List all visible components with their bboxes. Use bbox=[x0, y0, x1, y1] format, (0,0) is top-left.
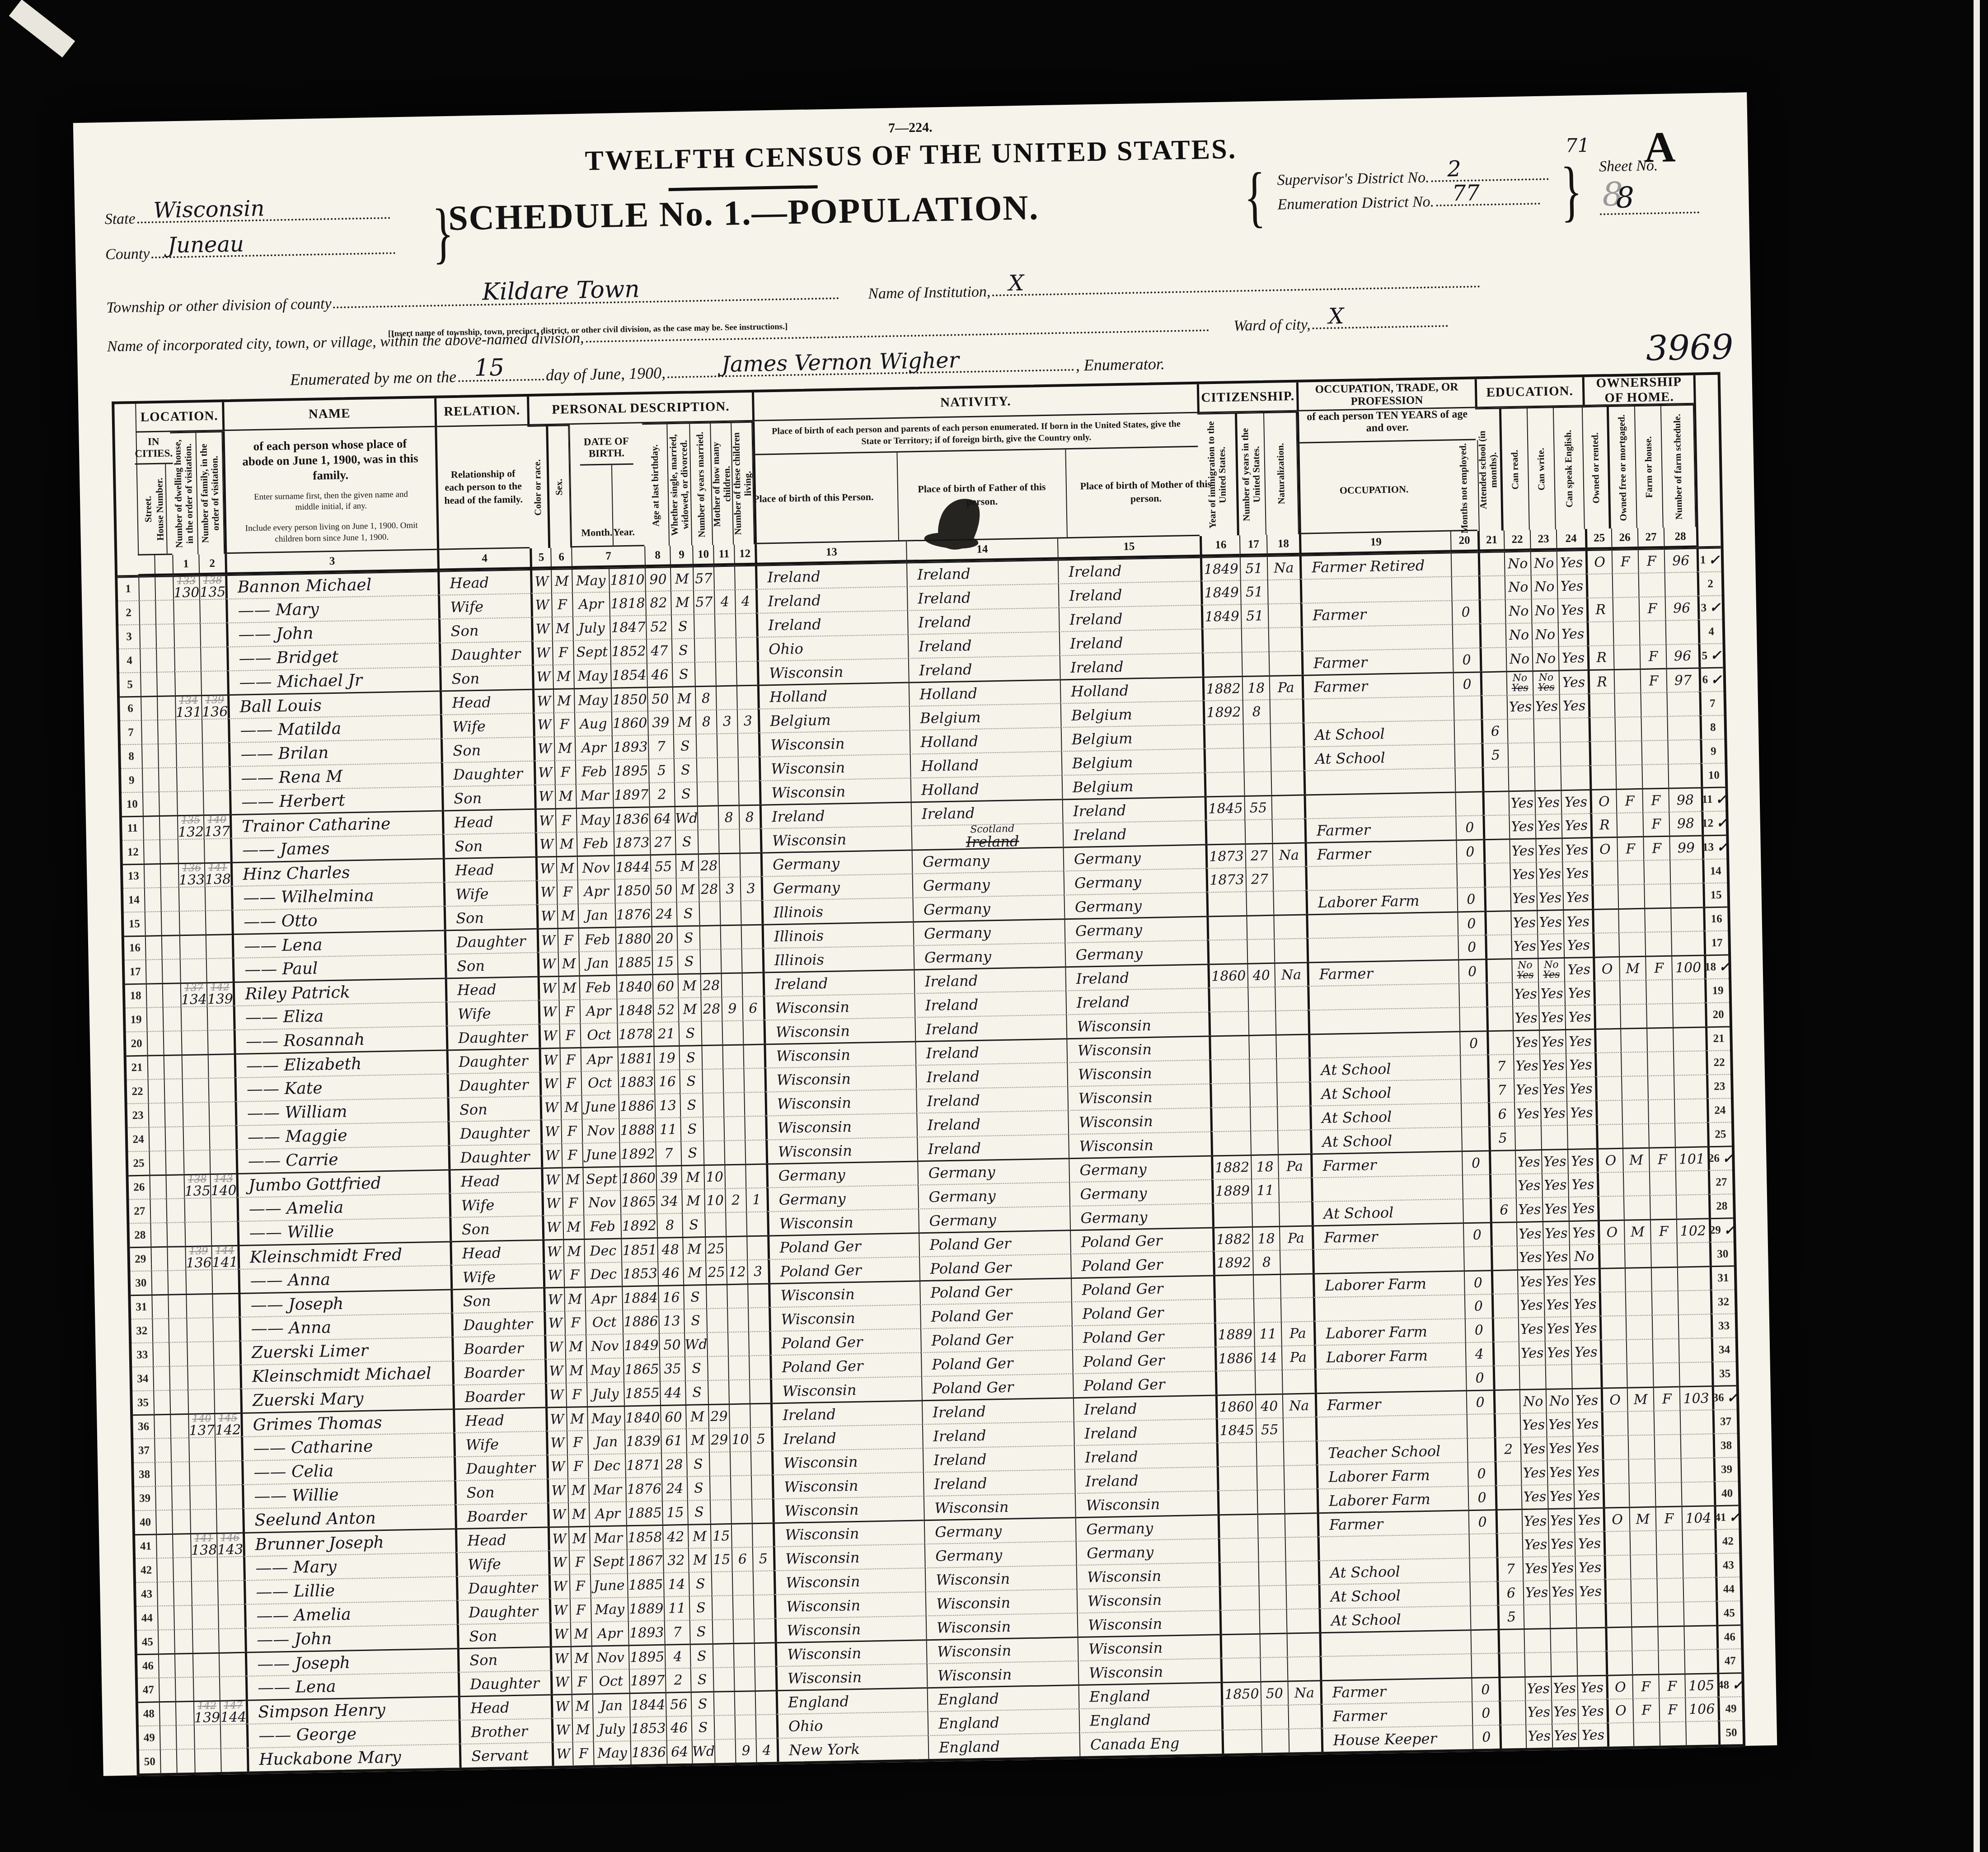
cell-fm bbox=[208, 1077, 235, 1102]
cell-mc bbox=[717, 781, 739, 805]
cell-fh bbox=[1646, 1003, 1673, 1028]
cell-rel: Brother bbox=[459, 1718, 552, 1744]
cell-ym bbox=[707, 1356, 728, 1380]
cell-own bbox=[1598, 1244, 1625, 1268]
cell-en: Yes bbox=[1564, 981, 1594, 1005]
cell-pm: Wisconsin bbox=[1066, 1012, 1209, 1038]
cell-cl bbox=[755, 1666, 776, 1690]
cell-rel: Boarder bbox=[455, 1503, 548, 1529]
cell-rel: Wife bbox=[453, 1431, 546, 1457]
cell-name: —— Lena bbox=[245, 1672, 458, 1700]
cell-name: —— Carrie bbox=[235, 1145, 448, 1173]
cell-pm: Wisconsin bbox=[1066, 1036, 1209, 1062]
cell-ym bbox=[704, 1212, 726, 1236]
cell-yrs bbox=[1249, 1082, 1277, 1107]
cell-rn: 11✓ bbox=[1701, 786, 1725, 811]
cell-nat bbox=[1276, 1057, 1309, 1082]
cell-rd: Yes bbox=[1522, 1532, 1549, 1557]
cell-yrs bbox=[1243, 723, 1271, 748]
cell-wr: Yes bbox=[1536, 885, 1563, 910]
cell-pm: Germany bbox=[1063, 868, 1206, 895]
cell-rn: 44 bbox=[1715, 1576, 1740, 1601]
cell-mo: 0 bbox=[1472, 1701, 1499, 1725]
cell-own bbox=[1592, 908, 1618, 933]
cell-occ bbox=[1301, 624, 1453, 651]
cell-sch bbox=[1484, 886, 1510, 911]
cell-street bbox=[150, 1246, 167, 1271]
cell-by: 1880 bbox=[615, 926, 652, 950]
cell-fr: F bbox=[1612, 549, 1638, 573]
cell-rd: Yes bbox=[1516, 1221, 1543, 1245]
cell-yrs bbox=[1246, 915, 1274, 939]
cell-sch bbox=[1479, 623, 1506, 647]
cell-mc: 3 bbox=[716, 709, 737, 734]
cell-wr: Yes bbox=[1544, 1316, 1571, 1341]
cell-nat: Na bbox=[1274, 962, 1307, 987]
cell-fno: 103 bbox=[1679, 1385, 1712, 1410]
cell-house bbox=[165, 1126, 183, 1150]
cell-fr bbox=[1618, 908, 1645, 932]
cell-ln: 47 bbox=[138, 1677, 159, 1702]
cell-s: F bbox=[564, 1310, 586, 1335]
cell-c: W bbox=[545, 1383, 566, 1407]
cell-mar: S bbox=[671, 614, 694, 638]
cell-house bbox=[157, 719, 176, 744]
cell-imm: 1882 bbox=[1212, 1226, 1252, 1251]
cell-yrs: 18 bbox=[1242, 675, 1270, 700]
cell-by: 1848 bbox=[616, 998, 653, 1022]
cell-pf: Ireland bbox=[917, 1134, 1069, 1160]
cell-rn: 2 bbox=[1697, 571, 1722, 596]
cell-pb: Belgium bbox=[758, 706, 910, 733]
cell-mar: S bbox=[679, 1045, 702, 1069]
cell-house bbox=[165, 1174, 184, 1198]
cell-yrs bbox=[1241, 627, 1269, 652]
cell-age: 64 bbox=[666, 1740, 692, 1764]
cell-ln: 40 bbox=[135, 1510, 156, 1534]
cell-rd bbox=[1514, 1125, 1541, 1150]
cell-yrs bbox=[1253, 1298, 1281, 1322]
cell-en: Yes bbox=[1571, 1316, 1600, 1340]
cell-ym bbox=[699, 901, 720, 925]
cell-c: W bbox=[540, 1143, 562, 1168]
cell-rel: Daughter bbox=[446, 1072, 539, 1098]
cell-mc bbox=[724, 1140, 745, 1164]
cell-dw bbox=[178, 838, 204, 863]
cell-mc bbox=[715, 661, 736, 686]
col28-label: Number of farm schedule. bbox=[1661, 404, 1696, 528]
cell-ln: 2 bbox=[118, 600, 139, 625]
cell-dw bbox=[178, 886, 205, 911]
cell-c: W bbox=[542, 1215, 563, 1239]
cell-pm: Canada Eng bbox=[1079, 1730, 1222, 1756]
cell-nat bbox=[1273, 890, 1306, 915]
cell-fh: F bbox=[1640, 644, 1666, 669]
cell-fno: 105 bbox=[1684, 1673, 1717, 1697]
cell-s: F bbox=[569, 1550, 590, 1574]
col27-label: Farm or house. bbox=[1635, 405, 1664, 528]
cell-imm bbox=[1221, 1705, 1261, 1730]
cell-fno bbox=[1676, 1194, 1709, 1218]
cell-pm: Poland Ger bbox=[1072, 1323, 1214, 1349]
cell-mo: 4 bbox=[1465, 1342, 1493, 1366]
cell-house bbox=[168, 1294, 186, 1318]
cell-imm bbox=[1207, 939, 1247, 964]
cell-house bbox=[156, 647, 174, 672]
cell-c: W bbox=[533, 736, 554, 761]
cell-mar: M bbox=[678, 973, 701, 997]
cell-s: M bbox=[570, 1622, 591, 1646]
cell-rn: 42 bbox=[1714, 1529, 1739, 1553]
cell-fh bbox=[1641, 764, 1668, 788]
cell-ln: 44 bbox=[136, 1605, 158, 1630]
cell-s: M bbox=[567, 1478, 589, 1502]
cell-mar: S bbox=[689, 1595, 712, 1620]
cell-mc bbox=[722, 1020, 743, 1044]
cell-yrs bbox=[1258, 1537, 1285, 1562]
cell-dw bbox=[174, 647, 201, 671]
cell-wr: Yes bbox=[1540, 1077, 1566, 1101]
cell-mo bbox=[1460, 1054, 1487, 1079]
state-value: Wisconsin bbox=[153, 196, 265, 223]
cell-mc bbox=[727, 1331, 749, 1356]
cell-sch bbox=[1492, 1341, 1519, 1366]
cell-own: O bbox=[1598, 1220, 1624, 1244]
cell-pf: England bbox=[928, 1732, 1079, 1759]
cell-pb: Wisconsin bbox=[772, 1496, 924, 1522]
cell-imm bbox=[1217, 1466, 1257, 1491]
cell-ym bbox=[698, 829, 719, 853]
colnum-17: 17 bbox=[1239, 535, 1267, 556]
cell-house bbox=[159, 815, 178, 839]
cell-own bbox=[1597, 1172, 1623, 1196]
cell-pf: Poland Ger bbox=[920, 1325, 1072, 1352]
cell-nat: Pa bbox=[1269, 675, 1302, 699]
cell-fm bbox=[213, 1341, 239, 1365]
cell-ln: 36 bbox=[133, 1414, 154, 1438]
cell-mar: S bbox=[678, 1021, 701, 1045]
cell-pm: Belgium bbox=[1060, 701, 1203, 727]
cell-dw: 140137 bbox=[188, 1413, 215, 1437]
cell-wr: Yes bbox=[1538, 1005, 1565, 1029]
cell-ln: 15 bbox=[124, 912, 145, 936]
cell-s: M bbox=[562, 1167, 583, 1191]
cell-by: 1885 bbox=[627, 1572, 664, 1597]
cell-nat bbox=[1268, 627, 1301, 651]
cell-age: 48 bbox=[657, 1237, 683, 1261]
col6-label: Sex. bbox=[548, 425, 571, 548]
cell-fno bbox=[1669, 859, 1702, 883]
cell-rel: Son bbox=[449, 1216, 542, 1241]
cell-street bbox=[147, 1055, 164, 1079]
cell-pf: Ireland bbox=[907, 607, 1059, 634]
line-number-gutter bbox=[114, 404, 138, 577]
cell-cl bbox=[750, 1403, 771, 1427]
cell-fh: F bbox=[1642, 812, 1669, 836]
cell-pf: Ireland bbox=[906, 559, 1058, 586]
cell-mo: 0 bbox=[1457, 911, 1485, 935]
cell-yrs: 11 bbox=[1254, 1322, 1281, 1346]
cell-nat bbox=[1282, 1369, 1315, 1393]
cell-rn: 6✓ bbox=[1698, 667, 1723, 692]
cell-cl: 5 bbox=[750, 1426, 771, 1451]
cell-occ: Farmer bbox=[1320, 1701, 1472, 1728]
cell-fr bbox=[1626, 1339, 1653, 1363]
cell-street bbox=[150, 1222, 167, 1247]
cell-nat bbox=[1275, 986, 1308, 1010]
cell-ln: 11 bbox=[122, 816, 143, 840]
cell-ym: 29 bbox=[708, 1403, 729, 1428]
cell-pm: Poland Ger bbox=[1070, 1227, 1213, 1253]
cell-pb: Poland Ger bbox=[769, 1328, 921, 1355]
cell-fh bbox=[1640, 692, 1667, 716]
page-edge-strip bbox=[1974, 0, 1980, 1852]
cell-rn: 50 bbox=[1718, 1720, 1743, 1744]
cell-fm: 147144 bbox=[220, 1700, 246, 1724]
cell-age: 16 bbox=[654, 1069, 680, 1094]
cell-en: Yes bbox=[1566, 1052, 1595, 1077]
cell-imm bbox=[1216, 1442, 1257, 1467]
cell-fno bbox=[1671, 931, 1704, 955]
cell-occ: Farmer bbox=[1304, 815, 1456, 842]
cell-fr bbox=[1625, 1291, 1652, 1315]
cell-yrs bbox=[1250, 1106, 1277, 1131]
cell-bm: Dec bbox=[584, 1262, 622, 1286]
cell-fr: M bbox=[1622, 1147, 1649, 1172]
cell-nat bbox=[1288, 1728, 1321, 1752]
cell-rn: 9 bbox=[1700, 739, 1725, 763]
cell-en: Yes bbox=[1559, 669, 1588, 694]
cell-fno: 97 bbox=[1666, 668, 1699, 692]
cell-rd: Yes bbox=[1521, 1460, 1547, 1485]
cell-wr: Yes bbox=[1549, 1580, 1575, 1604]
cell-mar: S bbox=[677, 949, 700, 973]
cell-wr: Yes bbox=[1547, 1436, 1573, 1460]
cell-fh: F bbox=[1639, 596, 1665, 621]
cell-street bbox=[146, 1007, 163, 1031]
cell-dw bbox=[189, 1485, 216, 1509]
cell-occ: Laborer Farm bbox=[1316, 1462, 1468, 1488]
cell-mc: 12 bbox=[726, 1259, 747, 1284]
cell-street bbox=[140, 648, 156, 672]
cell-rn: 5✓ bbox=[1698, 643, 1723, 668]
cell-wr: Yes bbox=[1539, 1029, 1566, 1053]
cell-wr: No bbox=[1532, 622, 1558, 646]
cell-yrs bbox=[1246, 891, 1273, 915]
cell-yrs bbox=[1250, 1130, 1278, 1155]
cell-nat bbox=[1271, 795, 1304, 819]
cell-pm: Wisconsin bbox=[1067, 1084, 1210, 1110]
cell-fno: 96 bbox=[1664, 548, 1697, 572]
cell-age: 13 bbox=[654, 1093, 680, 1118]
cell-mo: 0 bbox=[1472, 1725, 1500, 1749]
cell-fno: 96 bbox=[1665, 596, 1698, 620]
cell-rn: 37 bbox=[1712, 1409, 1737, 1433]
cell-fh bbox=[1652, 1314, 1679, 1339]
cell-fno: 101 bbox=[1675, 1146, 1708, 1170]
cell-s: F bbox=[563, 1263, 585, 1287]
cell-mo bbox=[1469, 1557, 1496, 1581]
cell-fno bbox=[1667, 739, 1700, 764]
cell-pf: Holland bbox=[909, 679, 1060, 706]
cell-own bbox=[1597, 1196, 1624, 1220]
cell-pf: Germany bbox=[924, 1517, 1076, 1543]
cell-name: Zuerski Limer bbox=[239, 1337, 452, 1365]
cell-dw bbox=[181, 1030, 208, 1054]
cell-ln: 50 bbox=[139, 1749, 160, 1773]
cell-dw bbox=[180, 958, 206, 982]
cell-imm bbox=[1218, 1538, 1258, 1562]
cell-by: 1892 bbox=[619, 1141, 656, 1166]
cell-occ bbox=[1312, 1246, 1464, 1273]
cell-cl bbox=[741, 972, 763, 996]
cell-imm: 1849 bbox=[1201, 604, 1241, 629]
cell-pb: Holland bbox=[757, 682, 909, 709]
cell-rd bbox=[1523, 1604, 1550, 1628]
cell-mar: S bbox=[690, 1643, 713, 1668]
cell-yrs: 18 bbox=[1252, 1226, 1280, 1250]
cell-house bbox=[170, 1413, 188, 1438]
cell-bm: Sept bbox=[590, 1549, 627, 1573]
cell-imm bbox=[1219, 1609, 1260, 1634]
cell-cl bbox=[745, 1140, 766, 1164]
cell-mc bbox=[716, 685, 737, 710]
cell-fno bbox=[1678, 1314, 1711, 1338]
cell-ym: 28 bbox=[700, 973, 721, 997]
cell-sch bbox=[1491, 1245, 1517, 1270]
cell-sch bbox=[1498, 1676, 1525, 1701]
cell-mc bbox=[722, 1044, 743, 1068]
cell-age: 47 bbox=[646, 638, 672, 663]
cell-dw bbox=[177, 790, 203, 815]
cell-ln: 31 bbox=[131, 1295, 152, 1319]
cell-dw bbox=[182, 1054, 208, 1078]
cell-dw: 139136 bbox=[185, 1245, 211, 1270]
cell-rd: NoYes bbox=[1506, 670, 1533, 695]
cell-c: W bbox=[545, 1407, 567, 1431]
cell-c: W bbox=[547, 1502, 568, 1527]
cell-mar: M bbox=[683, 1260, 706, 1285]
cell-fr bbox=[1613, 669, 1640, 693]
cell-dw bbox=[187, 1341, 213, 1366]
cell-rn: 33 bbox=[1711, 1313, 1735, 1338]
cell-occ: Laborer Farm bbox=[1317, 1486, 1468, 1512]
section-citizenship: CITIZENSHIP. bbox=[1197, 383, 1297, 413]
cell-yrs: 18 bbox=[1251, 1154, 1278, 1179]
cell-sch bbox=[1486, 1006, 1513, 1030]
cell-s: M bbox=[568, 1502, 589, 1526]
cell-street bbox=[152, 1318, 169, 1342]
cell-mar: M bbox=[686, 1428, 709, 1452]
cell-fh bbox=[1657, 1602, 1683, 1626]
cell-mo: 0 bbox=[1458, 959, 1486, 983]
cell-occ bbox=[1302, 696, 1454, 722]
cell-pb: Wisconsin bbox=[772, 1472, 924, 1498]
cell-house bbox=[173, 1605, 192, 1629]
cell-ym bbox=[707, 1332, 728, 1356]
cell-sch bbox=[1482, 814, 1509, 839]
cell-wr: Yes bbox=[1538, 981, 1565, 1006]
cell-ln: 16 bbox=[124, 935, 145, 960]
cell-age: 8 bbox=[656, 1213, 682, 1237]
cell-street bbox=[159, 1677, 175, 1702]
cell-sch bbox=[1496, 1509, 1522, 1533]
cell-mc bbox=[719, 852, 740, 877]
cell-pb: Wisconsin bbox=[774, 1567, 925, 1594]
cell-age: 27 bbox=[650, 830, 675, 854]
institution-label: Name of Institution, bbox=[868, 283, 991, 302]
cell-imm bbox=[1220, 1657, 1260, 1682]
section-education: EDUCATION. bbox=[1475, 377, 1583, 408]
cell-sch bbox=[1482, 767, 1508, 791]
cell-name: —— Amelia bbox=[244, 1600, 457, 1628]
dob-label: DATE OF BIRTH. bbox=[570, 423, 643, 464]
cell-cl bbox=[743, 1044, 764, 1068]
col25-label: Owned or rented. bbox=[1583, 406, 1611, 529]
cell-fr bbox=[1618, 884, 1644, 908]
cell-fno bbox=[1683, 1625, 1716, 1649]
col-house-label: House Number. bbox=[154, 464, 168, 554]
cell-sch bbox=[1494, 1413, 1520, 1437]
cell-pb: Wisconsin bbox=[773, 1520, 924, 1546]
cell-own bbox=[1599, 1267, 1625, 1292]
cell-name: Kleinschmidt Michael bbox=[239, 1361, 452, 1389]
cell-age: 44 bbox=[660, 1380, 685, 1405]
cell-mc bbox=[733, 1618, 754, 1643]
cell-age: 46 bbox=[657, 1261, 683, 1285]
cell-yrs: 51 bbox=[1241, 603, 1268, 628]
cell-s: F bbox=[554, 760, 576, 784]
cell-rn: 7 bbox=[1699, 691, 1724, 716]
cell-fh bbox=[1654, 1410, 1680, 1435]
cell-fr bbox=[1619, 980, 1646, 1004]
cell-house bbox=[169, 1366, 188, 1390]
cell-own bbox=[1603, 1531, 1630, 1555]
cell-street bbox=[159, 1725, 176, 1749]
cell-c: W bbox=[542, 1239, 563, 1263]
cell-ln: 12 bbox=[122, 840, 144, 864]
colnum-25: 25 bbox=[1585, 528, 1612, 550]
cell-s: M bbox=[556, 856, 577, 880]
cell-mo bbox=[1459, 1006, 1486, 1031]
cell-house bbox=[166, 1198, 184, 1222]
cell-pm: Belgium bbox=[1061, 725, 1204, 751]
cell-street bbox=[149, 1127, 165, 1151]
cell-street bbox=[143, 815, 159, 840]
cell-dw bbox=[176, 767, 203, 791]
cell-fm bbox=[220, 1724, 247, 1748]
cell-cl bbox=[743, 1068, 764, 1092]
line-number-gutter-right bbox=[1693, 375, 1721, 548]
cell-s: M bbox=[565, 1358, 586, 1383]
cell-yrs bbox=[1243, 747, 1271, 772]
cell-name: —— Elizabeth bbox=[234, 1049, 447, 1077]
cell-fno: 98 bbox=[1668, 787, 1701, 811]
cell-fr bbox=[1614, 716, 1641, 741]
col16-label: Year of immigration to the United States… bbox=[1197, 412, 1239, 536]
cell-rn: 8 bbox=[1699, 715, 1724, 739]
cell-by: 1839 bbox=[624, 1429, 661, 1453]
cell-mc bbox=[731, 1499, 752, 1523]
cell-s: F bbox=[559, 999, 580, 1024]
row-check: ✓ bbox=[1716, 815, 1728, 831]
cell-fm bbox=[214, 1389, 240, 1413]
cell-sch bbox=[1486, 982, 1512, 1006]
cell-own: O bbox=[1606, 1698, 1633, 1723]
cell-wr: Yes bbox=[1546, 1412, 1573, 1436]
cell-bm: Feb bbox=[579, 975, 617, 999]
cell-house bbox=[157, 695, 175, 720]
